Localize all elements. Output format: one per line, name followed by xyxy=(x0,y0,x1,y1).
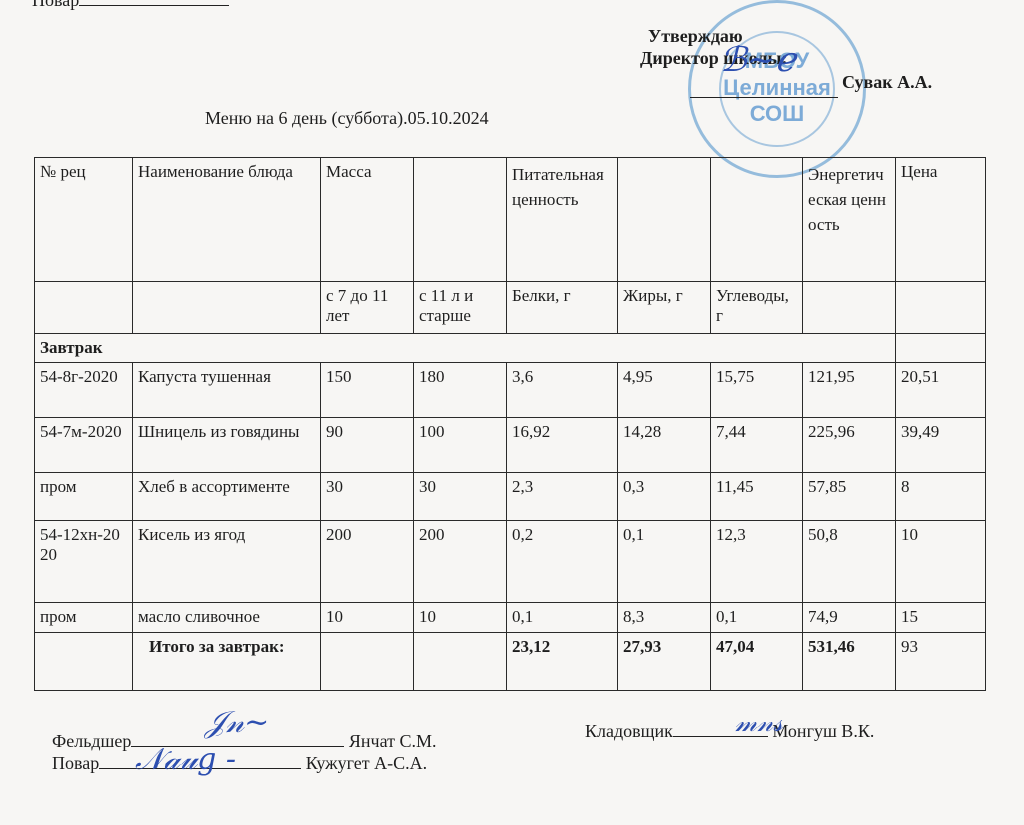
carbs-cell: 11,45 xyxy=(711,473,803,521)
table-row: пром Хлеб в ассортименте 30 30 2,3 0,3 1… xyxy=(35,473,986,521)
recipe-cell: 54-12хн-2020 xyxy=(35,521,133,603)
header-row-1: № рец Наименование блюда Масса Питательн… xyxy=(35,158,986,282)
total-carbs: 47,04 xyxy=(711,633,803,691)
mass-7-11-cell: 10 xyxy=(321,603,414,633)
carbs-cell: 12,3 xyxy=(711,521,803,603)
recipe-cell: пром xyxy=(35,603,133,633)
recipe-cell: пром xyxy=(35,473,133,521)
energy-cell: 121,95 xyxy=(803,363,896,418)
dish-cell: масло сливочное xyxy=(133,603,321,633)
header-cell xyxy=(414,158,507,282)
header-cell: Наименование блюда xyxy=(133,158,321,282)
cook-name: Кужугет А-С.А. xyxy=(306,753,427,773)
total-fat: 27,93 xyxy=(618,633,711,691)
header-cell xyxy=(896,282,986,334)
header-cell: Цена xyxy=(896,158,986,282)
dish-cell: Кисель из ягод xyxy=(133,521,321,603)
total-empty-cell xyxy=(35,633,133,691)
section-row: Завтрак xyxy=(35,334,986,363)
recipe-cell: 54-7м-2020 xyxy=(35,418,133,473)
recipe-cell: 54-8г-2020 xyxy=(35,363,133,418)
section-empty-cell xyxy=(896,334,986,363)
fat-cell: 14,28 xyxy=(618,418,711,473)
price-cell: 15 xyxy=(896,603,986,633)
dish-cell: Капуста тушенная xyxy=(133,363,321,418)
mass-11-plus-cell: 10 xyxy=(414,603,507,633)
storekeeper-signature-line: Кладовщик Монгуш В.К. xyxy=(585,720,874,742)
carbs-cell: 15,75 xyxy=(711,363,803,418)
cook-role: Повар xyxy=(52,753,99,773)
header-cell: Углеводы, г xyxy=(711,282,803,334)
storekeeper-name: Монгуш В.К. xyxy=(772,721,874,741)
fat-cell: 0,3 xyxy=(618,473,711,521)
fat-cell: 8,3 xyxy=(618,603,711,633)
price-cell: 10 xyxy=(896,521,986,603)
total-empty-cell xyxy=(321,633,414,691)
mass-11-plus-cell: 200 xyxy=(414,521,507,603)
signature-line xyxy=(79,0,229,6)
header-cell: Белки, г xyxy=(507,282,618,334)
header-cell xyxy=(35,282,133,334)
top-cut-signature-line: Повар xyxy=(32,0,229,11)
protein-cell: 2,3 xyxy=(507,473,618,521)
table-row: 54-7м-2020 Шницель из говядины 90 100 16… xyxy=(35,418,986,473)
fat-cell: 0,1 xyxy=(618,521,711,603)
paramedic-signature: 𝒥𝓃~ xyxy=(205,705,269,740)
dish-cell: Хлеб в ассортименте xyxy=(133,473,321,521)
paramedic-name: Янчат С.М. xyxy=(349,731,437,751)
mass-7-11-cell: 90 xyxy=(321,418,414,473)
cook-signature: 𝒩𝒶𝓊𝑔 - xyxy=(135,742,236,777)
carbs-cell: 0,1 xyxy=(711,603,803,633)
director-signature-line xyxy=(690,97,838,98)
top-cook-role: Повар xyxy=(32,0,79,10)
energy-cell: 57,85 xyxy=(803,473,896,521)
total-row: Итого за завтрак: 23,12 27,93 47,04 531,… xyxy=(35,633,986,691)
mass-7-11-cell: 150 xyxy=(321,363,414,418)
paramedic-role: Фельдшер xyxy=(52,731,131,751)
total-empty-cell xyxy=(414,633,507,691)
price-cell: 20,51 xyxy=(896,363,986,418)
price-cell: 39,49 xyxy=(896,418,986,473)
protein-cell: 0,2 xyxy=(507,521,618,603)
total-label: Итого за завтрак: xyxy=(133,633,321,691)
mass-7-11-cell: 30 xyxy=(321,473,414,521)
header-cell xyxy=(711,158,803,282)
total-protein: 23,12 xyxy=(507,633,618,691)
mass-11-plus-cell: 180 xyxy=(414,363,507,418)
table-row: пром масло сливочное 10 10 0,1 8,3 0,1 7… xyxy=(35,603,986,633)
price-cell: 8 xyxy=(896,473,986,521)
header-row-2: с 7 до 11 лет с 11 л и старше Белки, г Ж… xyxy=(35,282,986,334)
header-cell: Энергетическая ценность xyxy=(803,158,896,282)
protein-cell: 16,92 xyxy=(507,418,618,473)
header-cell: № рец xyxy=(35,158,133,282)
header-cell: Масса xyxy=(321,158,414,282)
header-cell: Жиры, г xyxy=(618,282,711,334)
menu-table: № рец Наименование блюда Масса Питательн… xyxy=(34,157,986,691)
mass-7-11-cell: 200 xyxy=(321,521,414,603)
carbs-cell: 7,44 xyxy=(711,418,803,473)
storekeeper-role: Кладовщик xyxy=(585,721,673,741)
table-row: 54-12хн-2020 Кисель из ягод 200 200 0,2 … xyxy=(35,521,986,603)
protein-cell: 3,6 xyxy=(507,363,618,418)
energy-cell: 74,9 xyxy=(803,603,896,633)
storekeeper-signature: 𝓂𝓃𝓈 xyxy=(735,708,783,739)
protein-cell: 0,1 xyxy=(507,603,618,633)
mass-11-plus-cell: 30 xyxy=(414,473,507,521)
header-cell: Питательная ценность xyxy=(507,158,618,282)
table-row: 54-8г-2020 Капуста тушенная 150 180 3,6 … xyxy=(35,363,986,418)
page-title: Меню на 6 день (суббота).05.10.2024 xyxy=(205,108,489,129)
header-cell: с 11 л и старше xyxy=(414,282,507,334)
director-signature: ℬ~ℯ xyxy=(720,40,795,80)
director-name: Сувак А.А. xyxy=(842,72,932,93)
energy-cell: 225,96 xyxy=(803,418,896,473)
fat-cell: 4,95 xyxy=(618,363,711,418)
dish-cell: Шницель из говядины xyxy=(133,418,321,473)
total-price: 93 xyxy=(896,633,986,691)
section-title: Завтрак xyxy=(35,334,896,363)
header-cell xyxy=(618,158,711,282)
cook-signature-line: Повар Кужугет А-С.А. xyxy=(52,752,427,774)
header-cell: с 7 до 11 лет xyxy=(321,282,414,334)
total-energy: 531,46 xyxy=(803,633,896,691)
energy-cell: 50,8 xyxy=(803,521,896,603)
stamp-text-3: СОШ xyxy=(691,101,863,127)
header-cell xyxy=(133,282,321,334)
header-cell xyxy=(803,282,896,334)
mass-11-plus-cell: 100 xyxy=(414,418,507,473)
